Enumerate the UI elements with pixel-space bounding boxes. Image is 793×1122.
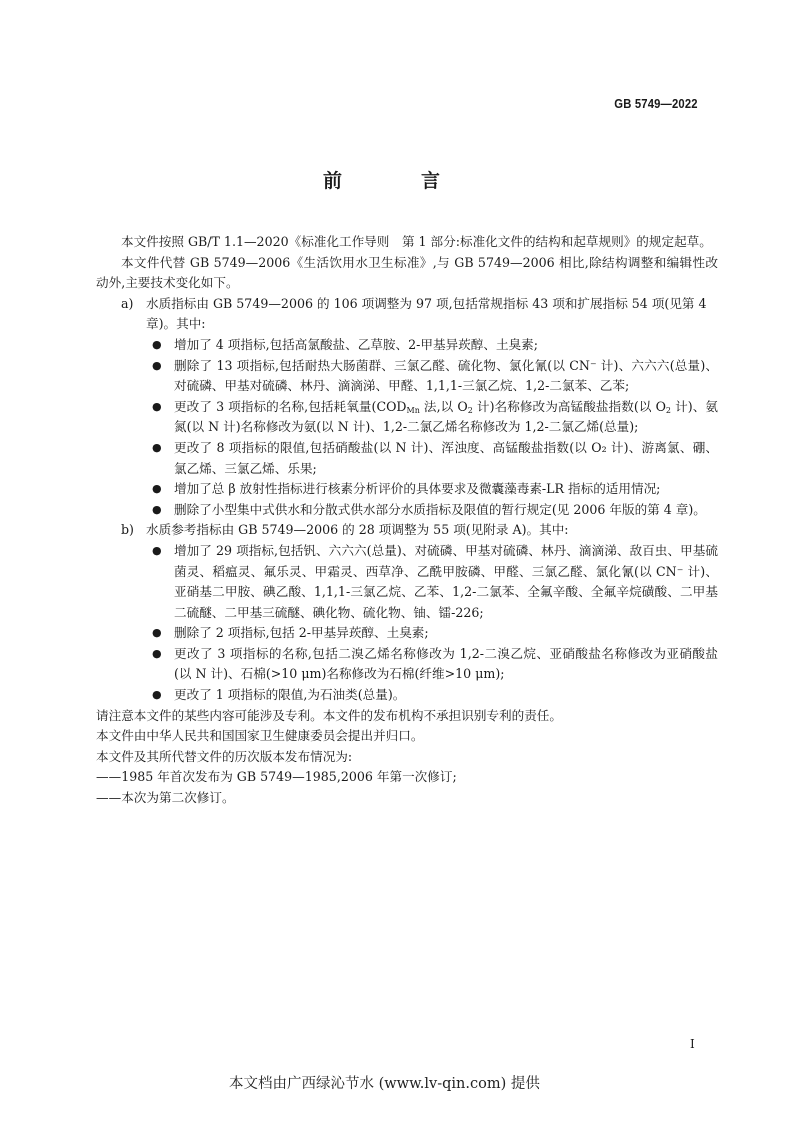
bullet-text: 增加了 4 项指标,包括高氯酸盐、乙草胺、2-甲基异莰醇、土臭素; bbox=[174, 337, 538, 352]
item-marker: b) bbox=[121, 520, 134, 541]
bullet-icon: ● bbox=[152, 541, 162, 562]
bullet-text: 删除了小型集中式供水和分散式供水部分水质指标及限值的暂行规定(见 2006 年版… bbox=[174, 502, 706, 517]
bullet-icon: ● bbox=[152, 644, 162, 665]
bullet-item: ● 增加了 29 项指标,包括钒、六六六(总量)、对硫磷、甲基对硫磷、林丹、滴滴… bbox=[96, 541, 718, 623]
bullet-icon: ● bbox=[152, 685, 162, 706]
bullet-text: 更改了 8 项指标的限值,包括硝酸盐(以 N 计)、浑浊度、高锰酸盐指数(以 O… bbox=[174, 440, 718, 476]
bullet-item: ● 增加了 4 项指标,包括高氯酸盐、乙草胺、2-甲基异莰醇、土臭素; bbox=[96, 335, 718, 356]
history-entry: ——本次为第二次修订。 bbox=[96, 788, 718, 809]
history-entry: ——1985 年首次发布为 GB 5749—1985,2006 年第一次修订; bbox=[96, 767, 718, 788]
page-title: 前 言 bbox=[0, 166, 793, 193]
bullet-item: ● 更改了 3 项指标的名称,包括二溴乙烯名称修改为 1,2-二溴乙烷、亚硝酸盐… bbox=[96, 644, 718, 685]
item-text: 水质指标由 GB 5749—2006 的 106 项调整为 97 项,包括常规指… bbox=[146, 296, 707, 332]
bullet-item: ● 删除了 2 项指标,包括 2-甲基异莰醇、土臭素; bbox=[96, 623, 718, 644]
history-intro: 本文件及其所代替文件的历次版本发布情况为: bbox=[96, 747, 718, 768]
bullet-item: ● 增加了总 β 放射性指标进行核素分析评价的具体要求及微囊藻毒素-LR 指标的… bbox=[96, 479, 718, 500]
bullet-item: ● 更改了 8 项指标的限值,包括硝酸盐(以 N 计)、浑浊度、高锰酸盐指数(以… bbox=[96, 438, 718, 479]
bullet-icon: ● bbox=[152, 438, 162, 459]
paragraph-replacement: 本文件代替 GB 5749—2006《生活饮用水卫生标准》,与 GB 5749—… bbox=[96, 253, 718, 294]
proposer-statement: 本文件由中华人民共和国国家卫生健康委员会提出并归口。 bbox=[96, 726, 718, 747]
patent-notice: 请注意本文件的某些内容可能涉及专利。本文件的发布机构不承担识别专利的责任。 bbox=[96, 706, 718, 727]
change-item-a: a) 水质指标由 GB 5749—2006 的 106 项调整为 97 项,包括… bbox=[96, 294, 718, 335]
document-body: 本文件按照 GB/T 1.1—2020《标准化工作导则 第 1 部分:标准化文件… bbox=[96, 232, 718, 809]
bullet-item: ● 删除了小型集中式供水和分散式供水部分水质指标及限值的暂行规定(见 2006 … bbox=[96, 500, 718, 521]
paragraph-drafting-rules: 本文件按照 GB/T 1.1—2020《标准化工作导则 第 1 部分:标准化文件… bbox=[96, 232, 718, 253]
bullet-item: ● 更改了 3 项指标的名称,包括耗氧量(CODMn 法,以 O2 计)名称修改… bbox=[96, 397, 718, 438]
bullet-text: 增加了 29 项指标,包括钒、六六六(总量)、对硫磷、甲基对硫磷、林丹、滴滴涕、… bbox=[174, 543, 718, 620]
bullet-icon: ● bbox=[152, 479, 162, 500]
bullet-text: 删除了 2 项指标,包括 2-甲基异莰醇、土臭素; bbox=[174, 625, 429, 640]
bullet-text: 增加了总 β 放射性指标进行核素分析评价的具体要求及微囊藻毒素-LR 指标的适用… bbox=[174, 481, 660, 496]
bullet-text: 更改了 3 项指标的名称,包括二溴乙烯名称修改为 1,2-二溴乙烷、亚硝酸盐名称… bbox=[174, 646, 718, 682]
page-number: I bbox=[690, 1037, 695, 1051]
footer-source-note: 本文档由广西绿沁节水 (www.lv-qin.com) 提供 bbox=[229, 1072, 540, 1093]
bullet-text: 更改了 1 项指标的限值,为石油类(总量)。 bbox=[174, 687, 405, 702]
item-text: 水质参考指标由 GB 5749—2006 的 28 项调整为 55 项(见附录 … bbox=[146, 522, 569, 537]
bullet-text: 删除了 13 项指标,包括耐热大肠菌群、三氯乙醛、硫化物、氯化氰(以 CN⁻ 计… bbox=[174, 358, 718, 394]
item-marker: a) bbox=[121, 294, 133, 315]
bullet-icon: ● bbox=[152, 500, 162, 521]
bullet-item: ● 更改了 1 项指标的限值,为石油类(总量)。 bbox=[96, 685, 718, 706]
bullet-text-rich: 更改了 3 项指标的名称,包括耗氧量(CODMn 法,以 O2 计)名称修改为高… bbox=[174, 399, 718, 435]
bullet-item: ● 删除了 13 项指标,包括耐热大肠菌群、三氯乙醛、硫化物、氯化氰(以 CN⁻… bbox=[96, 356, 718, 397]
change-item-b: b) 水质参考指标由 GB 5749—2006 的 28 项调整为 55 项(见… bbox=[96, 520, 718, 541]
bullet-icon: ● bbox=[152, 335, 162, 356]
standard-code: GB 5749—2022 bbox=[615, 97, 698, 111]
bullet-icon: ● bbox=[152, 397, 162, 418]
bullet-icon: ● bbox=[152, 356, 162, 377]
bullet-icon: ● bbox=[152, 623, 162, 644]
